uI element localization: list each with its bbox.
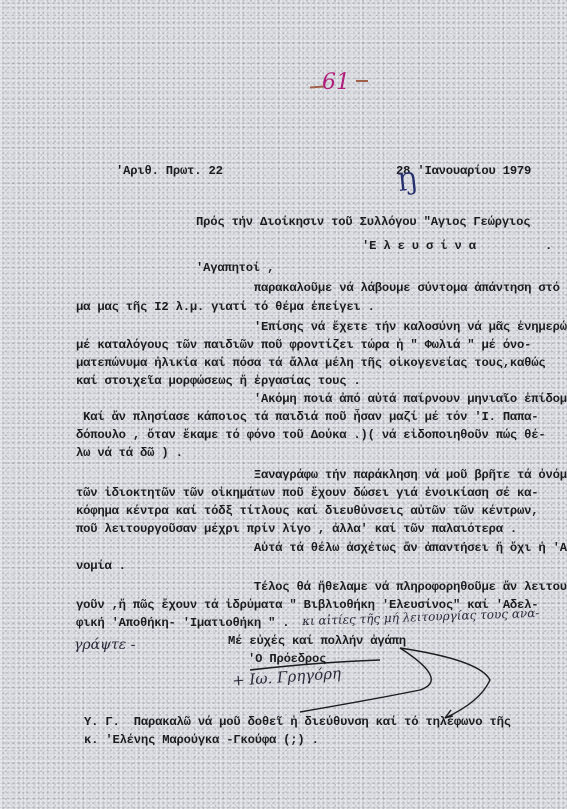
body-line: μα μας τῆς I2 λ.μ. γιατί τό θέμα ἐπείγει…	[76, 300, 375, 314]
protocol-number: 'Αριθ. Πρωτ. 22	[116, 164, 223, 178]
postscript-line: κ. 'Ελένης Μαρούγκα -Γκούφα (;) .	[84, 733, 319, 747]
body-line: δόπουλο , ὅταν ἔκαμε τό φόνο τοῦ Δούκα .…	[76, 428, 546, 442]
recipient-city: 'Ε λ ε υ σ ί ν α	[362, 239, 476, 253]
body-line: 'Ακόμη ποιά ἀπό αὐτά παίρνουν μηνιαῖο ἐπ…	[76, 392, 567, 406]
postscript-line: Υ. Γ. Παρακαλῶ νά μοῦ δοθεῖ ἡ διεύθυνση …	[84, 715, 511, 729]
body-line: καί στοιχεῖα μορφώσεως ἤ ἐργασίας τους .	[76, 374, 361, 388]
body-line: κόφημα κέντρα καί τόδξ τίτλους καί διευθ…	[76, 504, 538, 518]
recipient-period: .	[545, 239, 552, 253]
body-line: Τέλος θά ἤθελαμε νά πληροφορηθοῦμε ἄν λε…	[76, 580, 567, 594]
body-line: Αὐτά τά θέλω ἀσχέτως ἄν ἀπαντήσει ἤ ὄχι …	[76, 541, 567, 555]
body-line: Ξαναγράφω τήν παράκληση νά μοῦ βρῆτε τά …	[76, 468, 567, 482]
body-line: μέ καταλόγους τῶν παιδιῶν ποῦ φροντίζει …	[76, 338, 531, 352]
body-line: ματεπώνυμα ἡλικία καί πόσα τά ἄλλα μέλη …	[76, 356, 546, 370]
body-line: παρακαλοῦμε νά λάβουμε σύντομα ἀπάντηση …	[76, 281, 567, 295]
body-line: φική 'Αποθήκη- 'Ιματιοθήκη " .	[76, 616, 289, 630]
stamp-dash-right	[356, 80, 368, 82]
body-line: ποῦ λειτουργοῦσαν μέχρι πρίν λίγο , ἀλλα…	[76, 522, 517, 536]
body-line: νομία .	[76, 559, 126, 573]
letter-page: 61 'Αριθ. Πρωτ. 22 28 'Ιανουαρίου 1979 Ŋ…	[0, 0, 567, 809]
handwritten-note-continued: γράψτε -	[74, 637, 135, 653]
salutation: 'Αγαπητοί ,	[196, 261, 274, 275]
handwritten-initial: Ŋ	[397, 167, 420, 197]
body-line: 'Επίσης νά ἔχετε τήν καλοσύνη νά μᾶς ἐνη…	[76, 320, 567, 334]
body-line: λω νά τά δῶ ) .	[76, 446, 183, 460]
body-line: Καί ἄν πλησίασε κάποιος τά παιδιά ποῦ ἦσ…	[76, 410, 538, 424]
body-line: τῶν ἰδιοκτητῶν τῶν οἰκημάτων ποῦ ἔχουν δ…	[76, 486, 538, 500]
page-number-stamp: 61	[322, 70, 350, 95]
recipient-line-1: Πρός τήν Διοίκησιν τοῦ Συλλόγου "Αγιος Γ…	[196, 215, 530, 229]
